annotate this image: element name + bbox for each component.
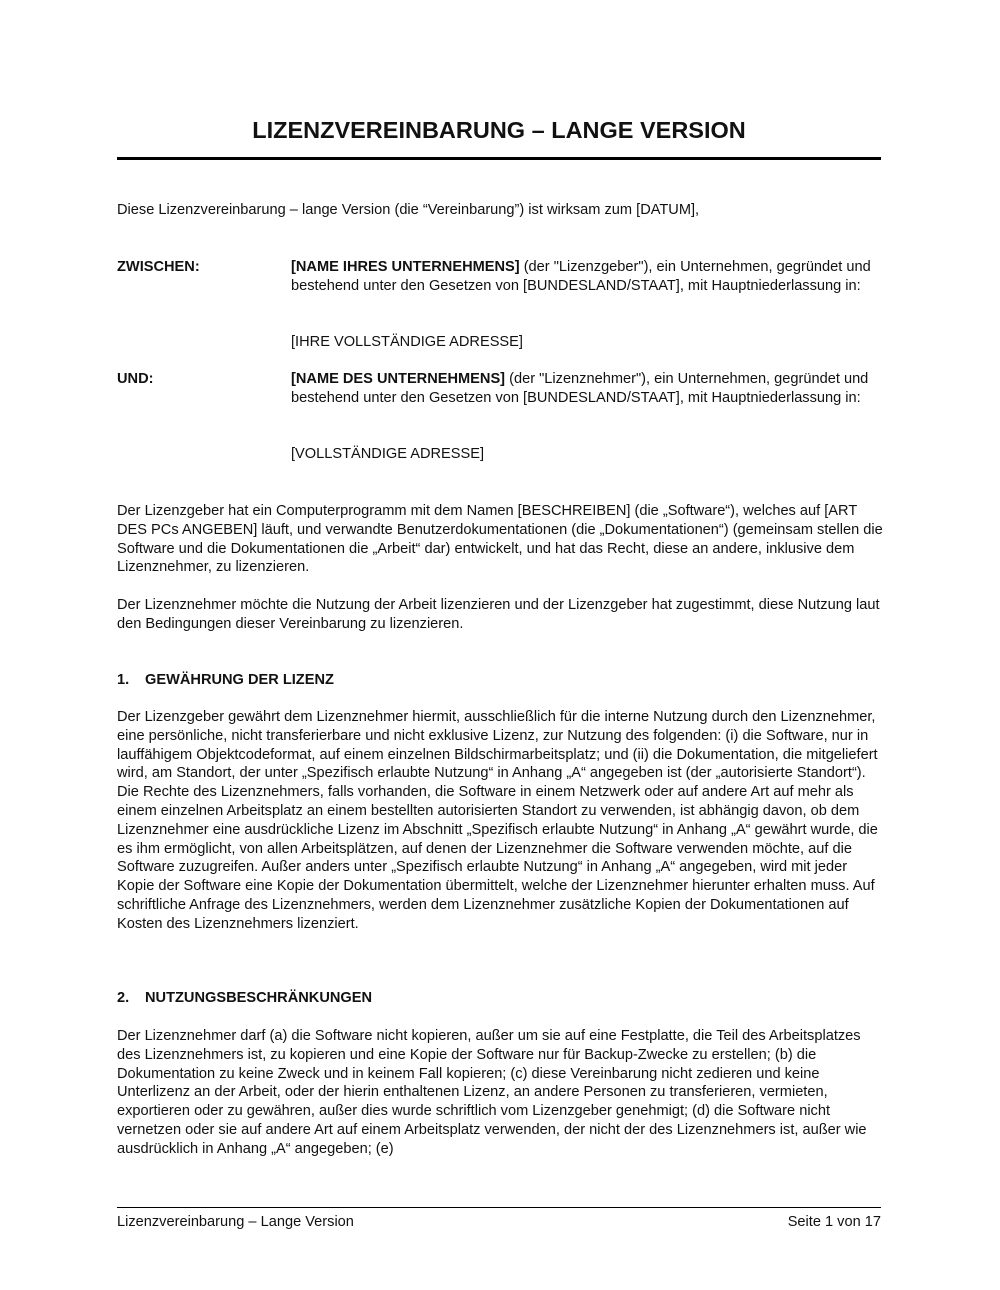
party-label-licensor: ZWISCHEN:	[117, 258, 200, 277]
party-description-licensee: [NAME DES UNTERNEHMENS] (der "Lizenznehm…	[291, 370, 891, 408]
licensor-address: [IHRE VOLLSTÄNDIGE ADRESSE]	[291, 333, 891, 352]
section-1-body: Der Lizenzgeber gewährt dem Lizenznehmer…	[117, 708, 887, 934]
section-2-title: NUTZUNGSBESCHRÄNKUNGEN	[145, 990, 372, 1006]
section-2-number: 2.	[117, 989, 145, 1007]
recital-paragraph-2: Der Lizenznehmer möchte die Nutzung der …	[117, 596, 887, 634]
section-2-heading: 2.NUTZUNGSBESCHRÄNKUNGEN	[117, 989, 372, 1007]
recital-paragraph-1: Der Lizenzgeber hat ein Computerprogramm…	[117, 502, 887, 577]
licensee-address: [VOLLSTÄNDIGE ADRESSE]	[291, 445, 891, 464]
footer-divider	[117, 1207, 881, 1208]
party-label-licensee: UND:	[117, 370, 153, 389]
section-1-number: 1.	[117, 671, 145, 689]
footer-page-number: Seite 1 von 17	[788, 1213, 881, 1231]
section-1-title: GEWÄHRUNG DER LIZENZ	[145, 672, 334, 688]
document-title: LIZENZVEREINBARUNG – LANGE VERSION	[117, 117, 881, 144]
licensor-name: [NAME IHRES UNTERNEHMENS]	[291, 259, 520, 275]
title-divider	[117, 157, 881, 160]
section-1-heading: 1.GEWÄHRUNG DER LIZENZ	[117, 671, 334, 689]
party-description-licensor: [NAME IHRES UNTERNEHMENS] (der "Lizenzge…	[291, 258, 891, 296]
section-2-body: Der Lizenznehmer darf (a) die Software n…	[117, 1027, 887, 1159]
footer-document-name: Lizenzvereinbarung – Lange Version	[117, 1213, 354, 1231]
licensee-name: [NAME DES UNTERNEHMENS]	[291, 371, 505, 387]
intro-paragraph: Diese Lizenzvereinbarung – lange Version…	[117, 201, 887, 220]
